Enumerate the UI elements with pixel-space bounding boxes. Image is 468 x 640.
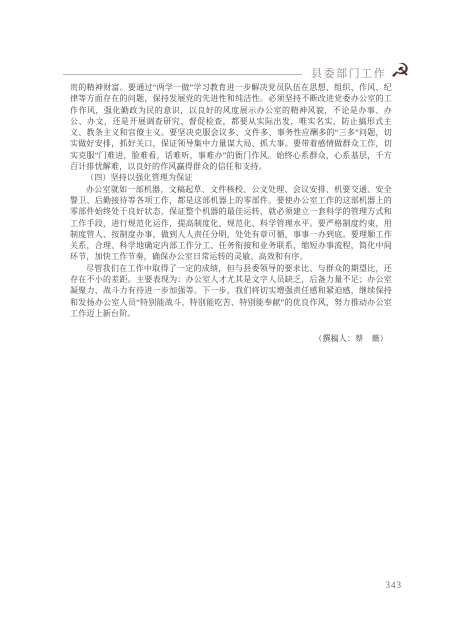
header-rule [63,74,302,75]
hammer-and-sickle-icon: ☭ [390,59,412,82]
running-header-title: 县委部门工作 [311,65,386,81]
document-page: 县委部门工作 ☭ 贵的精神财富。要通过“两学一做”学习教育进一步解决党员队伍在思… [0,0,468,640]
paragraph-continuation: 贵的精神财富。要通过“两学一做”学习教育进一步解决党员队伍在思想、组织、作风、纪… [70,82,392,172]
paragraph: 尽管我们在工作中取得了一定的成绩，但与县委领导的要求比、与群众的期望比，还存在不… [70,263,392,319]
author-signature: （撰稿人：蔡 薇） [70,333,392,344]
page-number: 343 [386,580,403,590]
body-text-block: 贵的精神财富。要通过“两学一做”学习教育进一步解决党员队伍在思想、组织、作风、纪… [70,82,392,345]
paragraph: 办公室就如一部机器，文稿起草、文件核校、公文处理、会议安排、机要交通、安全警卫、… [70,184,392,263]
running-header: 县委部门工作 ☭ [63,58,410,84]
section-heading: （四）坚持以强化管理为保证 [70,172,392,183]
